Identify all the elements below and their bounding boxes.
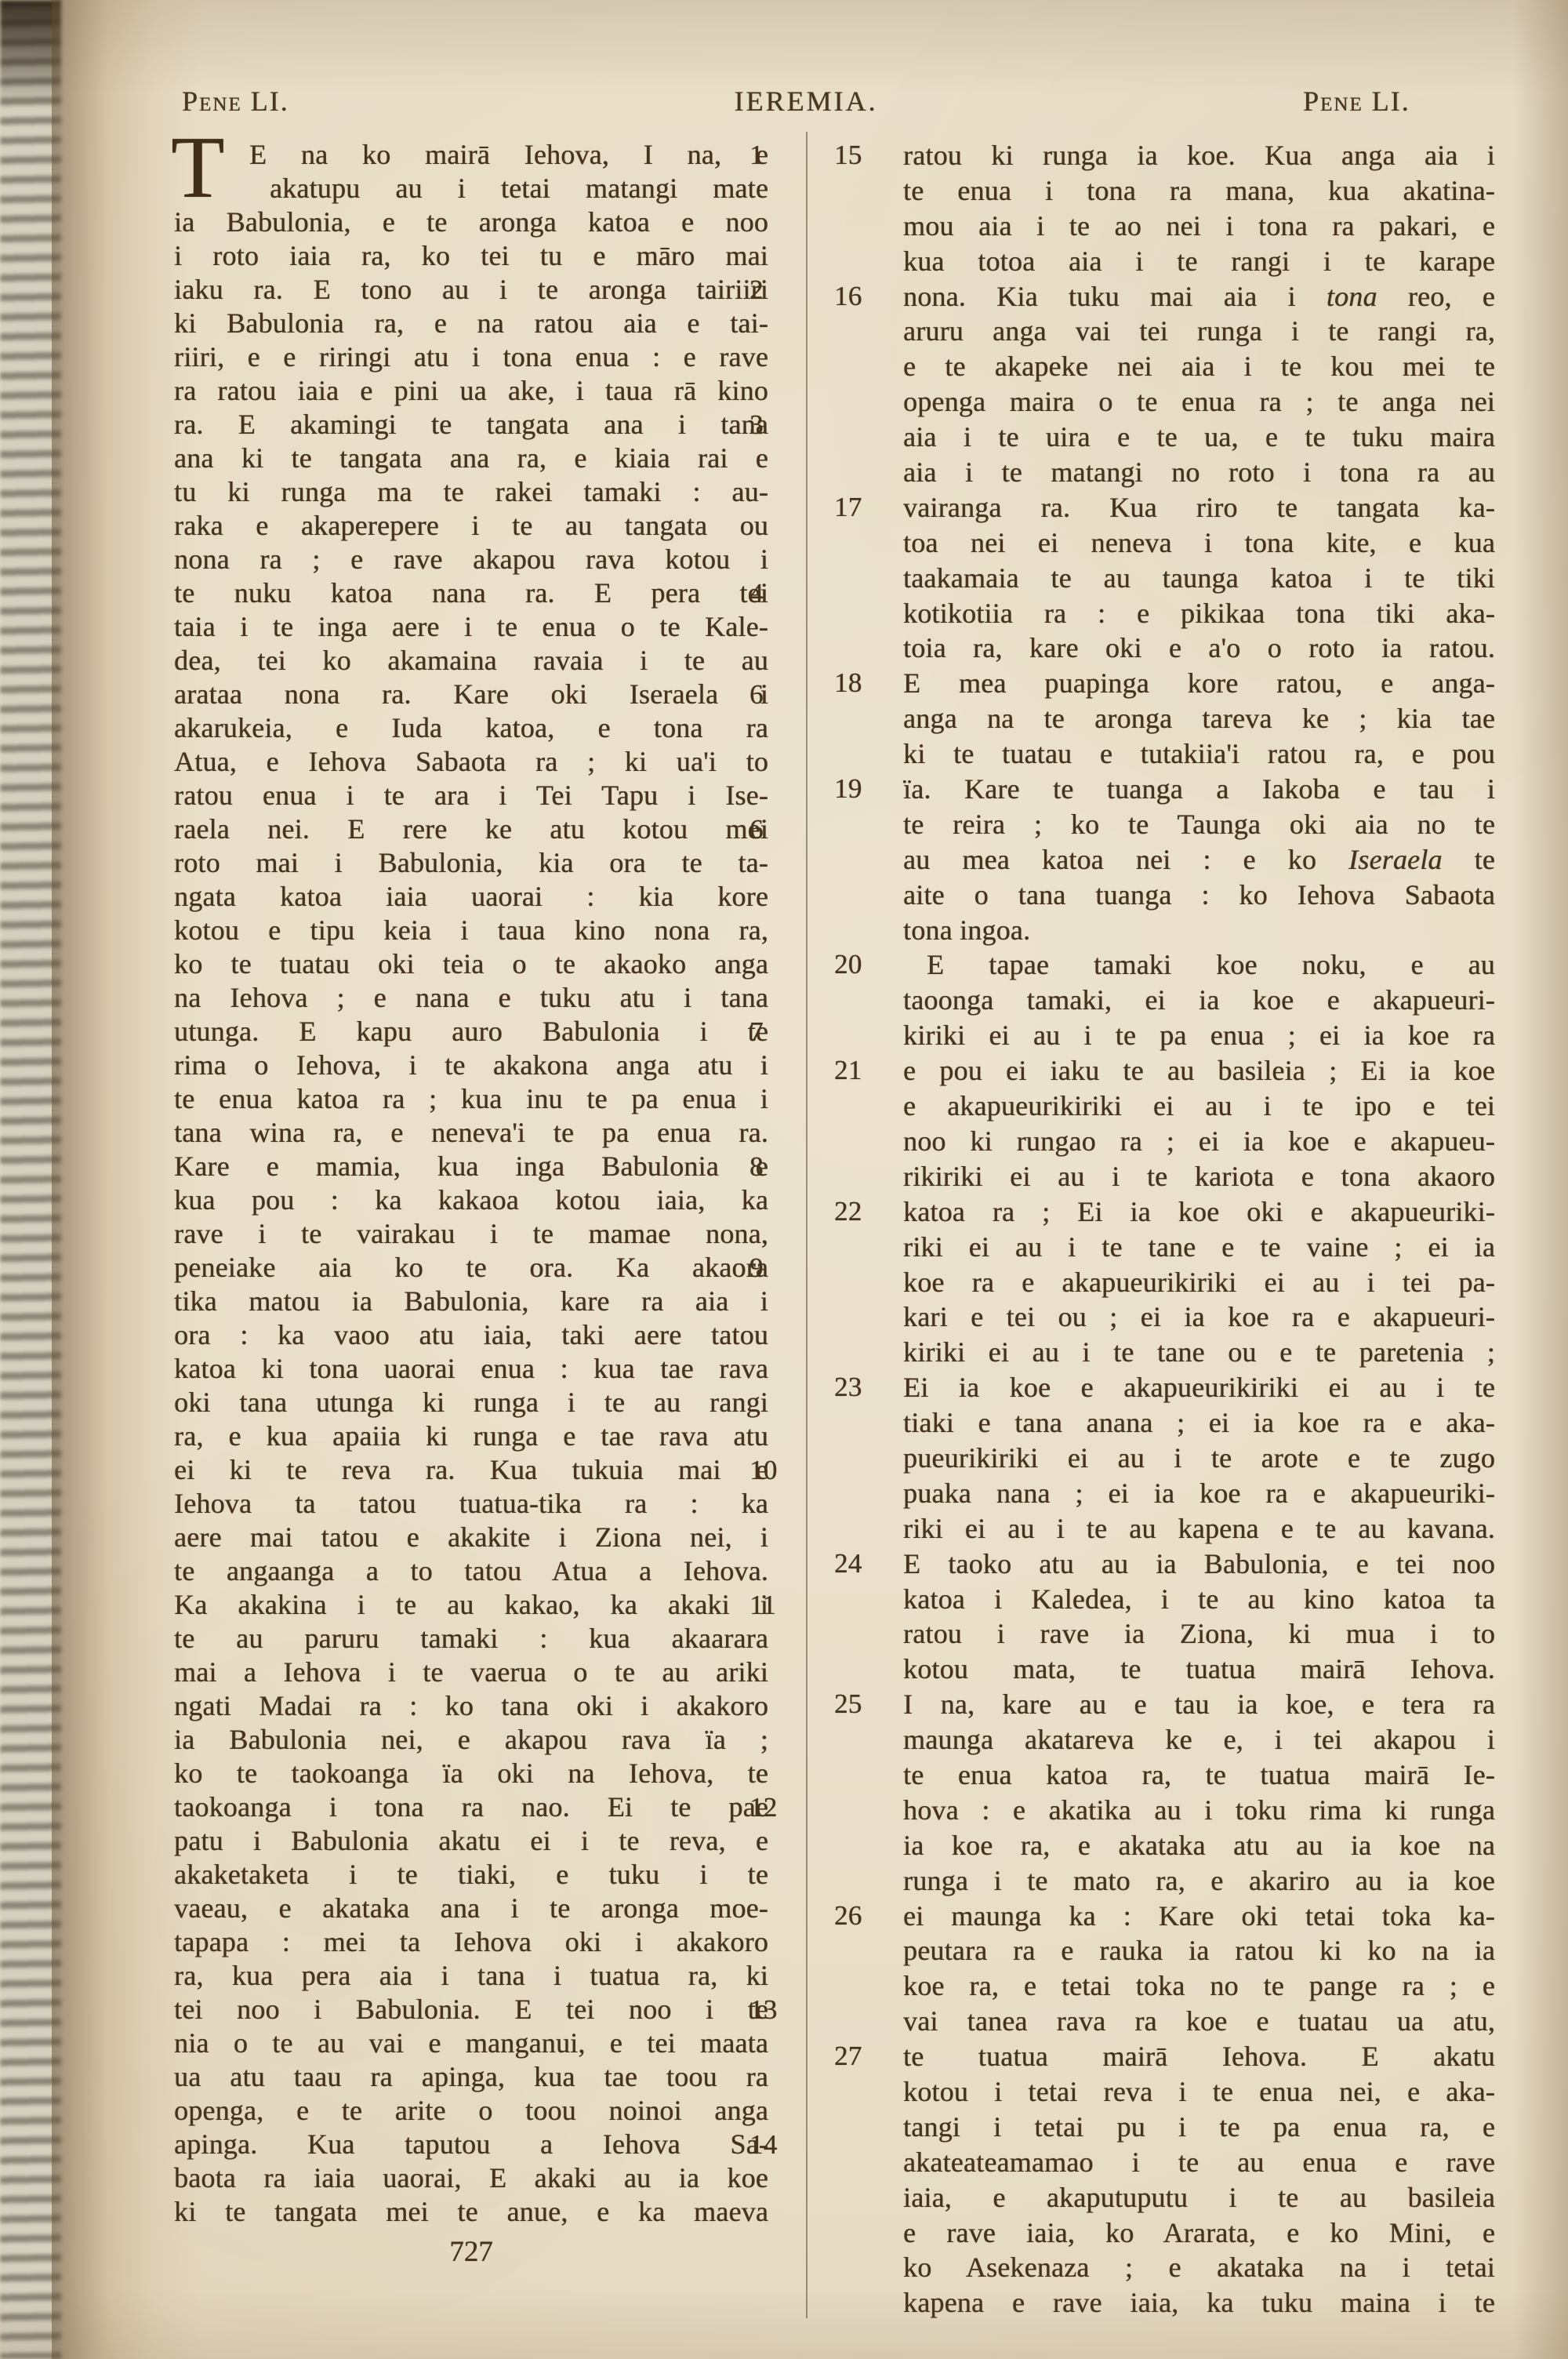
text-line: riiri, e e riringi atu i tona enua : e r… — [174, 340, 768, 374]
text-line: e te akapeke nei aia i te kou mei te — [903, 349, 1495, 384]
text-line: vairanga ra. Kua riro te tangata ka-17 — [903, 490, 1495, 525]
text-line: te reira ; ko te Taunga oki aia no te — [903, 807, 1495, 842]
text-line: I na, kare au e tau ia koe, e tera ra25 — [903, 1687, 1495, 1722]
text-line: koe ra, e tetai toka no te pange ra ; e — [903, 1968, 1495, 2004]
verse-number: 3 — [750, 408, 795, 442]
text-line: ki te tuatau e tutakiia'i ratou ra, e po… — [903, 736, 1495, 772]
text-line: E tapae tamaki koe noku, e au20 — [903, 947, 1495, 983]
verse-number: 2 — [750, 273, 795, 307]
text-line: mai a Iehova i te vaerua o te au ariki — [174, 1656, 768, 1689]
verse-number: 19 — [834, 772, 891, 807]
verse-number: 25 — [834, 1687, 891, 1722]
text-line: patu i Babulonia akatu ei i te reva, e — [174, 1824, 768, 1858]
text-line: ko Asekenaza ; e akataka na i tetai — [903, 2250, 1495, 2285]
italicized-word: tona — [1327, 281, 1377, 312]
text-line: Atua, e Iehova Sabaota ra ; ki ua'i to — [174, 745, 768, 779]
italicized-word: Iseraela — [1348, 844, 1443, 875]
text-line: noo ki rungao ra ; ei ia koe e akapueu- — [903, 1124, 1495, 1159]
verse-number: 8 — [750, 1150, 795, 1183]
text-line: E taoko atu au ia Babulonia, e tei noo24 — [903, 1547, 1495, 1582]
verse-number: 22 — [834, 1194, 891, 1230]
text-line: ko te taokoanga ïa oki na Iehova, te — [174, 1757, 768, 1790]
text-line: openga maira o te enua ra ; te anga nei — [903, 384, 1495, 420]
text-line: rima o Iehova, i te akakona anga atu i — [174, 1049, 768, 1082]
text-line: mou aia i te ao nei i tona ra pakari, e — [903, 209, 1495, 244]
text-line: akarukeia, e Iuda katoa, e tona ra — [174, 711, 768, 745]
text-line: toa nei ei neneva i tona kite, e kua — [903, 525, 1495, 561]
text-line: tiaki e tana anana ; ei ia koe ra e aka- — [903, 1405, 1495, 1441]
text-line: katoa i Kaledea, i te au kino katoa ta — [903, 1582, 1495, 1617]
text-line: puaka nana ; ei ia koe ra e akapueuriki- — [903, 1476, 1495, 1511]
text-line: nona ra ; e rave akapou rava kotou i — [174, 543, 768, 576]
text-line: na Iehova ; e nana e tuku atu i tana — [174, 981, 768, 1015]
verse-number: 6 — [750, 812, 795, 846]
text-line: riki ei au i te au kapena e te au kavana… — [903, 1511, 1495, 1547]
right-column-text: ratou ki runga ia koe. Kua anga aia i15t… — [903, 138, 1495, 2321]
text-line: riki ei au i te tane e te vaine ; ei ia — [903, 1230, 1495, 1265]
text-line: dea, tei ko akamaina ravaia i te au — [174, 644, 768, 678]
text-line: Kare e mamia, kua inga Babulonia e8 — [174, 1150, 768, 1183]
verse-number: 26 — [834, 1899, 891, 1934]
text-line: taoonga tamaki, ei ia koe e akapueuri- — [903, 983, 1495, 1018]
text-line: te tuatua mairā Iehova. E akatu27 — [903, 2039, 1495, 2074]
text-line: raela nei. E rere ke atu kotou mei6 — [174, 812, 768, 846]
text-line: te angaanga a to tatou Atua a Iehova. — [174, 1554, 768, 1588]
text-line: roto mai i Babulonia, kia ora te ta- — [174, 846, 768, 880]
line-text: nona. Kia tuku mai aia i — [903, 281, 1327, 312]
line-text: reo, e — [1377, 281, 1495, 312]
running-head-book-title: IEREMIA. — [712, 85, 900, 118]
verse-number: 24 — [834, 1547, 891, 1582]
left-column-text: T E na ko mairā Iehova, I na, e1akatupu … — [174, 138, 768, 2229]
text-line: ratou enua i te ara i Tei Tapu i Ise- — [174, 779, 768, 812]
text-line: rikiriki ei au i te kariota e tona akaor… — [903, 1159, 1495, 1194]
text-line: kotou e tipu keia i taua kino nona ra, — [174, 914, 768, 947]
text-line: aere mai tatou e akakite i Ziona nei, i — [174, 1521, 768, 1554]
text-line: ia Babulonia, e te aronga katoa e noo — [174, 205, 768, 239]
verse-number: 15 — [834, 138, 891, 173]
text-line: aia i te matangi no roto i tona ra au — [903, 455, 1495, 490]
running-head-chapter-right: Pene LI. — [1303, 85, 1410, 118]
text-line: tei noo i Babulonia. E tei noo i te13 — [174, 1993, 768, 2026]
text-line: kua totoa aia i te rangi i te karape — [903, 244, 1495, 279]
text-line: ora : ka vaoo atu iaia, taki aere tatou — [174, 1318, 768, 1352]
text-line: iaku ra. E tono au i te aronga tairiiri2 — [174, 273, 768, 307]
text-line: tu ki runga ma te rakei tamaki : au- — [174, 475, 768, 509]
text-line: ei ki te reva ra. Kua tukuia mai e10 — [174, 1453, 768, 1487]
text-line: runga i te mato ra, e akariro au ia koe — [903, 1863, 1495, 1899]
text-line: Ei ia koe e akapueurikiriki ei au i te23 — [903, 1370, 1495, 1405]
text-line: te enua i tona ra mana, kua akatina- — [903, 173, 1495, 209]
text-line: tapapa : mei ta Iehova oki i akakoro — [174, 1925, 768, 1959]
verse-number: 13 — [750, 1993, 795, 2026]
text-line: raka e akaperepere i te au tangata ou — [174, 509, 768, 543]
line-text: au mea katoa nei : e ko — [903, 844, 1348, 875]
text-line: nia o te au vai e manganui, e tei maata — [174, 2026, 768, 2060]
verse-number: 27 — [834, 2039, 891, 2074]
text-line: ia koe ra, e akataka atu au ia koe na — [903, 1828, 1495, 1863]
text-line: ra ratou iaia e pini ua ake, i taua rā k… — [174, 374, 768, 408]
text-line: peutara ra e rauka ia ratou ki ko na ia — [903, 1933, 1495, 1968]
running-head-chapter-left: Pene LI. — [182, 85, 289, 118]
text-line: oki tana utunga ki runga i te au rangi — [174, 1386, 768, 1419]
text-line: maunga akatareva ke e, i tei akapou i — [903, 1722, 1495, 1757]
verse-number: 23 — [834, 1370, 891, 1405]
verse-number: 11 — [750, 1588, 795, 1622]
text-line: baota ra iaia uaorai, E akaki au ia koe — [174, 2161, 768, 2195]
text-line: openga, e te arite o toou noinoi anga — [174, 2094, 768, 2128]
text-line: e akapueurikiriki ei au i te ipo e tei — [903, 1089, 1495, 1124]
text-line: te enua katoa ra, te tuatua mairā Ie- — [903, 1757, 1495, 1793]
text-line: e rave iaia, ko Ararata, e ko Mini, e — [903, 2215, 1495, 2251]
text-line: anga na te aronga tareva ke ; kia tae — [903, 701, 1495, 736]
page-number: 727 — [174, 2235, 768, 2269]
text-line: Ka akakina i te au kakao, ka akaki i11 — [174, 1588, 768, 1622]
text-line: akatupu au i tetai matangi mate — [174, 172, 768, 205]
line-text: te — [1443, 844, 1495, 875]
text-line: e pou ei iaku te au basileia ; Ei ia koe… — [903, 1053, 1495, 1089]
text-line: iaia, e akaputuputu i te au basileia — [903, 2180, 1495, 2215]
text-line: vaeau, e akataka ana i te aronga moe- — [174, 1892, 768, 1925]
text-line: ua atu taau ra apinga, kua tae toou ra — [174, 2060, 768, 2094]
running-head: Pene LI. IEREMIA. Pene LI. — [0, 85, 1568, 121]
text-line: ngata katoa iaia uaorai : kia kore — [174, 880, 768, 914]
text-line: pueurikiriki ei au i te arote e te zugo — [903, 1441, 1495, 1476]
text-line: E mea puapinga kore ratou, e anga-18 — [903, 666, 1495, 701]
text-line: kotou i tetai reva i te enua nei, e aka- — [903, 2074, 1495, 2110]
verse-number: 1 — [750, 138, 795, 172]
text-line: arataa nona ra. Kare oki Iseraela i6 — [174, 678, 768, 711]
text-line: aite o tana tuanga : ko Iehova Sabaota — [903, 878, 1495, 913]
text-line: nona. Kia tuku mai aia i tona reo, e16 — [903, 279, 1495, 314]
text-line: tangi i tetai pu i te pa enua ra, e — [903, 2110, 1495, 2145]
text-line: i roto iaia ra, ko tei tu e māro mai — [174, 239, 768, 273]
text-line: kapena e rave iaia, ka tuku maina i te — [903, 2285, 1495, 2321]
text-line: taakamaia te au taunga katoa i te tiki — [903, 561, 1495, 596]
text-line: E na ko mairā Iehova, I na, e1 — [174, 138, 768, 172]
text-line: ko te tuatau oki teia o te akaoko anga — [174, 947, 768, 981]
verse-number: 7 — [750, 1015, 795, 1049]
text-line: peneiake aia ko te ora. Ka akaora9 — [174, 1251, 768, 1285]
verse-number: 9 — [750, 1251, 795, 1285]
text-line: ki Babulonia ra, e na ratou aia e tai- — [174, 307, 768, 340]
verse-number: 21 — [834, 1053, 891, 1089]
text-line: kua pou : ka kakaoa kotou iaia, ka — [174, 1183, 768, 1217]
text-line: toia ra, kare oki e a'o o roto ia ratou. — [903, 631, 1495, 666]
text-line: ra, kua pera aia i tana i tuatua ra, ki — [174, 1959, 768, 1993]
text-line: koe ra e akapueurikiriki ei au i tei pa- — [903, 1265, 1495, 1300]
verse-number: 6 — [750, 678, 795, 711]
verse-number: 10 — [750, 1453, 795, 1487]
text-line: kotikotiia ra : e pikikaa tona tiki aka- — [903, 596, 1495, 631]
verse-number: 18 — [834, 666, 891, 701]
text-line: aruru anga vai tei runga i te rangi ra, — [903, 314, 1495, 349]
text-line: au mea katoa nei : e ko Iseraela te — [903, 842, 1495, 878]
book-page-photo: Pene LI. IEREMIA. Pene LI. T E na ko mai… — [0, 0, 1568, 2359]
text-line: hova : e akatika au i toku rima ki runga — [903, 1793, 1495, 1828]
facing-page-edge — [0, 0, 61, 2359]
text-line: rave i te vairakau i te mamae nona, — [174, 1217, 768, 1251]
text-line: Iehova ta tatou tuatua-tika ra : ka — [174, 1487, 768, 1521]
verse-number: 17 — [834, 490, 891, 525]
text-line: te nuku katoa nana ra. E pera tei4 — [174, 576, 768, 610]
text-line: taokoanga i tona ra nao. Ei te pae12 — [174, 1790, 768, 1824]
verse-number: 20 — [834, 947, 891, 983]
text-line: tona ingoa. — [903, 913, 1495, 948]
text-line: ki te tangata mei te anue, e ka maeva — [174, 2195, 768, 2229]
text-line: te au paruru tamaki : kua akaarara — [174, 1622, 768, 1656]
text-line: tana wina ra, e neneva'i te pa enua ra. — [174, 1116, 768, 1150]
verse-number: 12 — [750, 1790, 795, 1824]
text-line: akaketaketa i te tiaki, e tuku i te — [174, 1858, 768, 1892]
text-line: utunga. E kapu auro Babulonia i te7 — [174, 1015, 768, 1049]
text-line: ra. E akamingi te tangata ana i tana3 — [174, 408, 768, 442]
text-line: akateateamamao i te au enua e rave — [903, 2145, 1495, 2180]
text-line: aia i te uira e te ua, e te tuku maira — [903, 420, 1495, 455]
verse-number: 14 — [750, 2128, 795, 2161]
text-line: ana ki te tangata ana ra, e kiaia rai e — [174, 442, 768, 475]
text-line: kari e tei ou ; ei ia koe ra e akapueuri… — [903, 1299, 1495, 1335]
text-line: te enua katoa ra ; kua inu te pa enua i — [174, 1082, 768, 1116]
text-line: apinga. Kua taputou a Iehova Sa-14 — [174, 2128, 768, 2161]
verse-number: 4 — [750, 576, 795, 610]
text-line: ratou ki runga ia koe. Kua anga aia i15 — [903, 138, 1495, 173]
text-line: katoa ra ; Ei ia koe oki e akapueuriki-2… — [903, 1194, 1495, 1230]
text-line: ia Babulonia nei, e akapou rava ïa ; — [174, 1723, 768, 1757]
text-line: tika matou ia Babulonia, kare ra aia i — [174, 1285, 768, 1318]
text-line: taia i te inga aere i te enua o te Kale- — [174, 610, 768, 644]
text-line: ngati Madai ra : ko tana oki i akakoro — [174, 1689, 768, 1723]
text-line: katoa ki tona uaorai enua : kua tae rava — [174, 1352, 768, 1386]
text-line: vai tanea rava ra koe e tuatau ua atu, — [903, 2004, 1495, 2039]
text-line: ei maunga ka : Kare oki tetai toka ka-26 — [903, 1899, 1495, 1934]
text-line: ratou i rave ia Ziona, ki mua i to — [903, 1616, 1495, 1652]
text-line: kiriki ei au i te tane ou e te paretenia… — [903, 1335, 1495, 1370]
text-line: ïa. Kare te tuanga a Iakoba e tau i19 — [903, 772, 1495, 807]
verse-number: 16 — [834, 279, 891, 314]
text-line: kotou mata, te tuatua mairā Iehova. — [903, 1652, 1495, 1687]
column-divider-rule — [806, 132, 808, 2318]
text-line: ra, e kua apaiia ki runga e tae rava atu — [174, 1419, 768, 1453]
text-line: kiriki ei au i te pa enua ; ei ia koe ra — [903, 1018, 1495, 1053]
